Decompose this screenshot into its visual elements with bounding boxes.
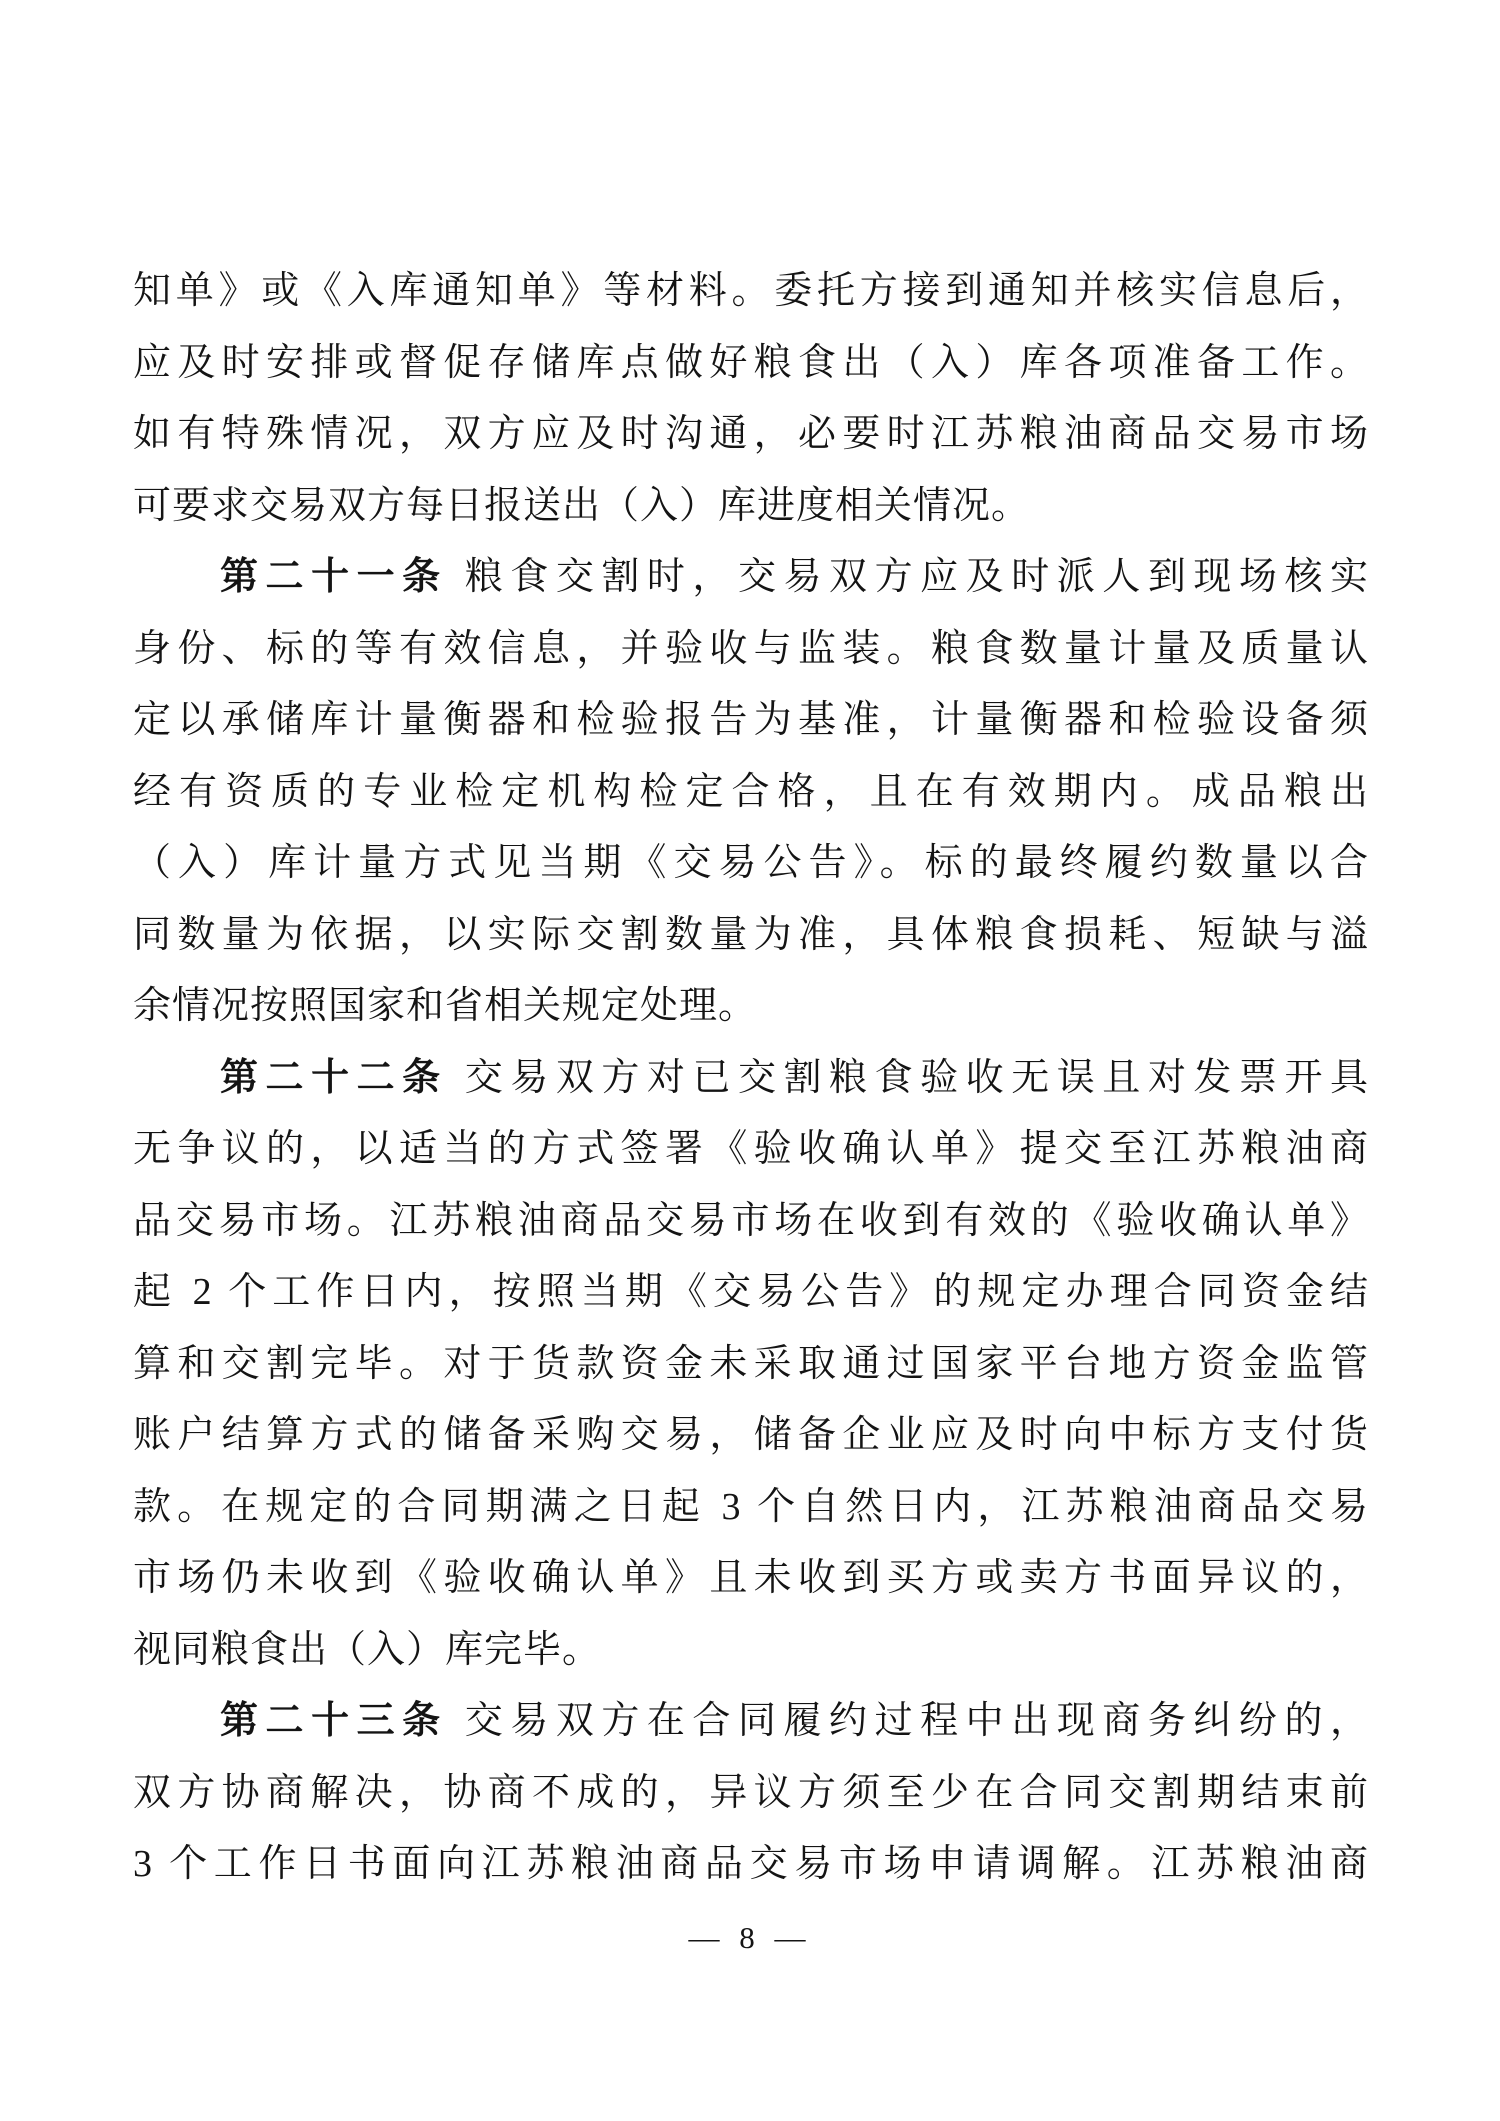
text-line: 品交易市场。江苏粮油商品交易市场在收到有效的《验收确认单》 xyxy=(133,1186,1369,1258)
text-line: 无争议的，以适当的方式签署《验收确认单》提交至江苏粮油商 xyxy=(133,1114,1369,1186)
line-text: 经有资质的专业检定机构检定合格，且在有效期内。成品粮出 xyxy=(133,771,1369,813)
text-line: 账户结算方式的储备采购交易，储备企业应及时向中标方支付货 xyxy=(133,1400,1369,1472)
text-line: 双方协商解决，协商不成的，异议方须至少在合同交割期结束前 xyxy=(133,1758,1369,1830)
text-line: 可要求交易双方每日报送出（入）库进度相关情况。 xyxy=(133,471,1369,543)
article-heading-line: 第二十一条 粮食交割时，交易双方应及时派人到现场核实 xyxy=(133,542,1369,614)
text-line: 同数量为依据，以实际交割数量为准，具体粮食损耗、短缺与溢 xyxy=(133,900,1369,972)
document-body: 知单》或《入库通知单》等材料。委托方接到通知并核实信息后，应及时安排或督促存储库… xyxy=(133,256,1369,1901)
line-text: 算和交割完毕。对于货款资金未采取通过国家平台地方资金监管 xyxy=(133,1343,1369,1385)
text-line: 视同粮食出（入）库完毕。 xyxy=(133,1615,1369,1687)
line-text: 视同粮食出（入）库完毕。 xyxy=(133,1629,601,1671)
document-page: 知单》或《入库通知单》等材料。委托方接到通知并核实信息后，应及时安排或督促存储库… xyxy=(0,0,1500,2121)
article-heading-line: 第二十三条 交易双方在合同履约过程中出现商务纠纷的， xyxy=(133,1686,1369,1758)
text-line: 市场仍未收到《验收确认单》且未收到买方或卖方书面异议的， xyxy=(133,1543,1369,1615)
line-text: 粮食交割时，交易双方应及时派人到现场核实 xyxy=(448,556,1369,598)
line-text: 如有特殊情况，双方应及时沟通，必要时江苏粮油商品交易市场 xyxy=(133,413,1369,455)
text-line: （入）库计量方式见当期《交易公告》。标的最终履约数量以合 xyxy=(133,828,1369,900)
text-line: 款。在规定的合同期满之日起 3 个自然日内，江苏粮油商品交易 xyxy=(133,1472,1369,1544)
article-number: 第二十二条 xyxy=(220,1057,448,1099)
line-text: 应及时安排或督促存储库点做好粮食出（入）库各项准备工作。 xyxy=(133,342,1369,384)
text-line: 身份、标的等有效信息，并验收与监装。粮食数量计量及质量认 xyxy=(133,614,1369,686)
line-text: 交易双方对已交割粮食验收无误且对发票开具 xyxy=(448,1057,1369,1099)
line-text: （入）库计量方式见当期《交易公告》。标的最终履约数量以合 xyxy=(133,842,1369,884)
text-line: 经有资质的专业检定机构检定合格，且在有效期内。成品粮出 xyxy=(133,757,1369,829)
line-text: 起 2 个工作日内，按照当期《交易公告》的规定办理合同资金结 xyxy=(133,1271,1369,1313)
text-line: 起 2 个工作日内，按照当期《交易公告》的规定办理合同资金结 xyxy=(133,1257,1369,1329)
text-line: 余情况按照国家和省相关规定处理。 xyxy=(133,971,1369,1043)
line-text: 无争议的，以适当的方式签署《验收确认单》提交至江苏粮油商 xyxy=(133,1128,1369,1170)
text-line: 知单》或《入库通知单》等材料。委托方接到通知并核实信息后， xyxy=(133,256,1369,328)
article-number: 第二十三条 xyxy=(220,1700,448,1742)
line-text: 账户结算方式的储备采购交易，储备企业应及时向中标方支付货 xyxy=(133,1414,1369,1456)
page-footer: — 8 — xyxy=(0,1918,1500,1958)
line-text: 身份、标的等有效信息，并验收与监装。粮食数量计量及质量认 xyxy=(133,628,1369,670)
article-heading-line: 第二十二条 交易双方对已交割粮食验收无误且对发票开具 xyxy=(133,1043,1369,1115)
line-text: 款。在规定的合同期满之日起 3 个自然日内，江苏粮油商品交易 xyxy=(133,1486,1369,1528)
line-text: 同数量为依据，以实际交割数量为准，具体粮食损耗、短缺与溢 xyxy=(133,914,1369,956)
article-number: 第二十一条 xyxy=(220,556,448,598)
line-text: 双方协商解决，协商不成的，异议方须至少在合同交割期结束前 xyxy=(133,1772,1369,1814)
line-text: 3 个工作日书面向江苏粮油商品交易市场申请调解。江苏粮油商 xyxy=(133,1843,1369,1885)
line-text: 余情况按照国家和省相关规定处理。 xyxy=(133,985,757,1027)
line-text: 交易双方在合同履约过程中出现商务纠纷的， xyxy=(448,1700,1369,1742)
page-number: — 8 — xyxy=(689,1920,812,1955)
text-line: 3 个工作日书面向江苏粮油商品交易市场申请调解。江苏粮油商 xyxy=(133,1829,1369,1901)
text-line: 算和交割完毕。对于货款资金未采取通过国家平台地方资金监管 xyxy=(133,1329,1369,1401)
line-text: 可要求交易双方每日报送出（入）库进度相关情况。 xyxy=(133,485,1030,527)
line-text: 定以承储库计量衡器和检验报告为基准，计量衡器和检验设备须 xyxy=(133,699,1369,741)
line-text: 知单》或《入库通知单》等材料。委托方接到通知并核实信息后， xyxy=(133,270,1369,312)
text-line: 如有特殊情况，双方应及时沟通，必要时江苏粮油商品交易市场 xyxy=(133,399,1369,471)
line-text: 品交易市场。江苏粮油商品交易市场在收到有效的《验收确认单》 xyxy=(133,1200,1369,1242)
text-line: 应及时安排或督促存储库点做好粮食出（入）库各项准备工作。 xyxy=(133,328,1369,400)
line-text: 市场仍未收到《验收确认单》且未收到买方或卖方书面异议的， xyxy=(133,1557,1369,1599)
text-line: 定以承储库计量衡器和检验报告为基准，计量衡器和检验设备须 xyxy=(133,685,1369,757)
